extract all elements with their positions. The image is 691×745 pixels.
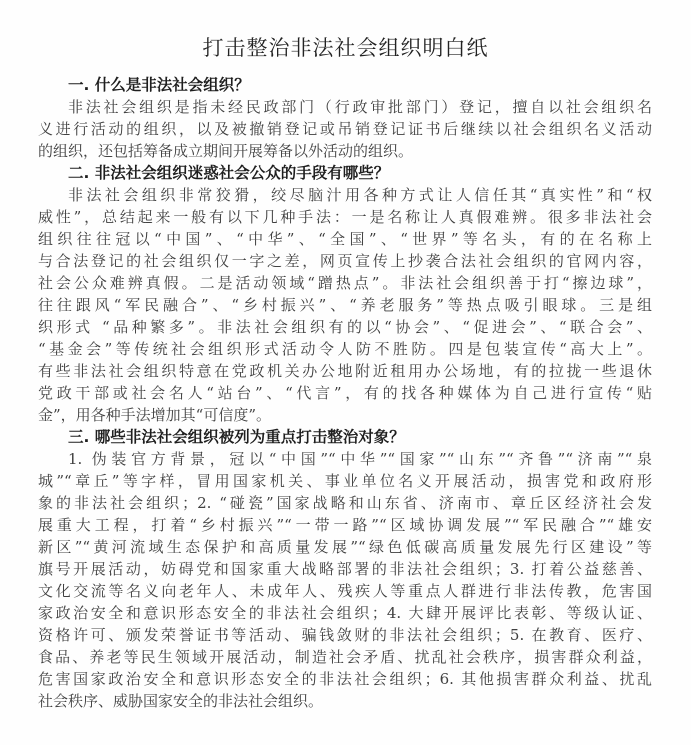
text-line: 社会公众难辨真假。二是活动领域“蹭热点”。非法社会组织善于打“擦边球”，: [38, 272, 652, 294]
text-line: 家政治安全和意识形态安全的非法社会组织；4. 大肆开展评比表彰、等级认证、: [38, 602, 652, 624]
section-heading: 三. 哪些非法社会组织被列为重点打击整治对象？: [38, 426, 652, 448]
text-line: 旗号开展活动，妨碍党和国家重大战略部署的非法社会组织；3. 打着公益慈善、: [38, 558, 652, 580]
text-line: 展重大工程，打着“乡村振兴”“一带一路”“区域协调发展”“军民融合”“雄安: [38, 514, 652, 536]
section-paragraph: 1. 伪装官方背景，冠以“中国”“中华”“国家”“山东”“齐鲁”“济南”“泉 城…: [38, 448, 652, 712]
section-paragraph: 非法社会组织非常狡猾，绞尽脑汁用各种方式让人信任其“真实性”和“权 威性”，总结…: [38, 184, 652, 426]
text-line: 资格许可、颁发荣誉证书等活动、骗钱敛财的非法社会组织；5. 在教育、医疗、: [38, 624, 652, 646]
text-line: 党政干部或社会名人“站台”、“代言”，有的找各种媒体为自己进行宣传“贴: [38, 382, 652, 404]
section-1: 一. 什么是非法社会组织？ 非法社会组织是指未经民政部门（行政审批部门）登记，擅…: [38, 74, 652, 162]
document-body: 一. 什么是非法社会组织？ 非法社会组织是指未经民政部门（行政审批部门）登记，擅…: [38, 74, 652, 712]
text-line: 危害国家政治安全和意识形态安全的非法社会组织；6. 其他损害群众利益、扰乱: [38, 668, 652, 690]
section-heading: 二. 非法社会组织迷惑社会公众的手段有哪些？: [38, 162, 652, 184]
section-3: 三. 哪些非法社会组织被列为重点打击整治对象？ 1. 伪装官方背景，冠以“中国”…: [38, 426, 652, 712]
text-line: 有些非法社会组织特意在党政机关办公地附近租用办公场地，有的拉拢一些退休: [38, 360, 652, 382]
document-title: 打击整治非法社会组织明白纸: [0, 34, 691, 62]
text-line: 组织往往冠以“中国”、“中华”、“全国”、“世界”等名头，有的在名称上: [38, 228, 652, 250]
text-line: 1. 伪装官方背景，冠以“中国”“中华”“国家”“山东”“齐鲁”“济南”“泉: [38, 448, 652, 470]
document-page: 打击整治非法社会组织明白纸 一. 什么是非法社会组织？ 非法社会组织是指未经民政…: [0, 0, 691, 745]
section-2: 二. 非法社会组织迷惑社会公众的手段有哪些？ 非法社会组织非常狡猾，绞尽脑汁用各…: [38, 162, 652, 426]
text-line: 威性”，总结起来一般有以下几种手法：一是名称让人真假难辨。很多非法社会: [38, 206, 652, 228]
text-line: 非法社会组织是指未经民政部门（行政审批部门）登记，擅自以社会组织名: [38, 96, 652, 118]
text-line: 食品、养老等民生领域开展活动，制造社会矛盾、扰乱社会秩序，损害群众利益，: [38, 646, 652, 668]
text-line: 社会秩序、威胁国家安全的非法社会组织。: [38, 690, 652, 712]
text-line: 与合法登记的社会组织仅一字之差，网页宣传上抄袭合法社会组织的官网内容，: [38, 250, 652, 272]
text-line: 义进行活动的组织，以及被撤销登记或吊销登记证书后继续以社会组织名义活动: [38, 118, 652, 140]
section-heading: 一. 什么是非法社会组织？: [38, 74, 652, 96]
text-line: 织形式 “品种繁多”。非法社会组织有的以“协会”、“促进会”、“联合会”、: [38, 316, 652, 338]
text-line: 往往跟风“军民融合”、“乡村振兴”、“养老服务”等热点吸引眼球。三是组: [38, 294, 652, 316]
text-line: 城”“章丘”等字样，冒用国家机关、事业单位名义开展活动，损害党和政府形: [38, 470, 652, 492]
section-paragraph: 非法社会组织是指未经民政部门（行政审批部门）登记，擅自以社会组织名 义进行活动的…: [38, 96, 652, 162]
text-line: “基金会”等传统社会组织形式活动令人防不胜防。四是包装宣传“高大上”。: [38, 338, 652, 360]
text-line: 金”，用各种手法增加其“可信度”。: [38, 404, 652, 426]
text-line: 文化交流等名义向老年人、未成年人、残疾人等重点人群进行非法传教，危害国: [38, 580, 652, 602]
text-line: 非法社会组织非常狡猾，绞尽脑汁用各种方式让人信任其“真实性”和“权: [38, 184, 652, 206]
text-line: 的组织，还包括筹备成立期间开展筹备以外活动的组织。: [38, 140, 652, 162]
text-line: 新区”“黄河流域生态保护和高质量发展”“绿色低碳高质量发展先行区建设”等: [38, 536, 652, 558]
text-line: 象的非法社会组织；2. “碰瓷”国家战略和山东省、济南市、章丘区经济社会发: [38, 492, 652, 514]
